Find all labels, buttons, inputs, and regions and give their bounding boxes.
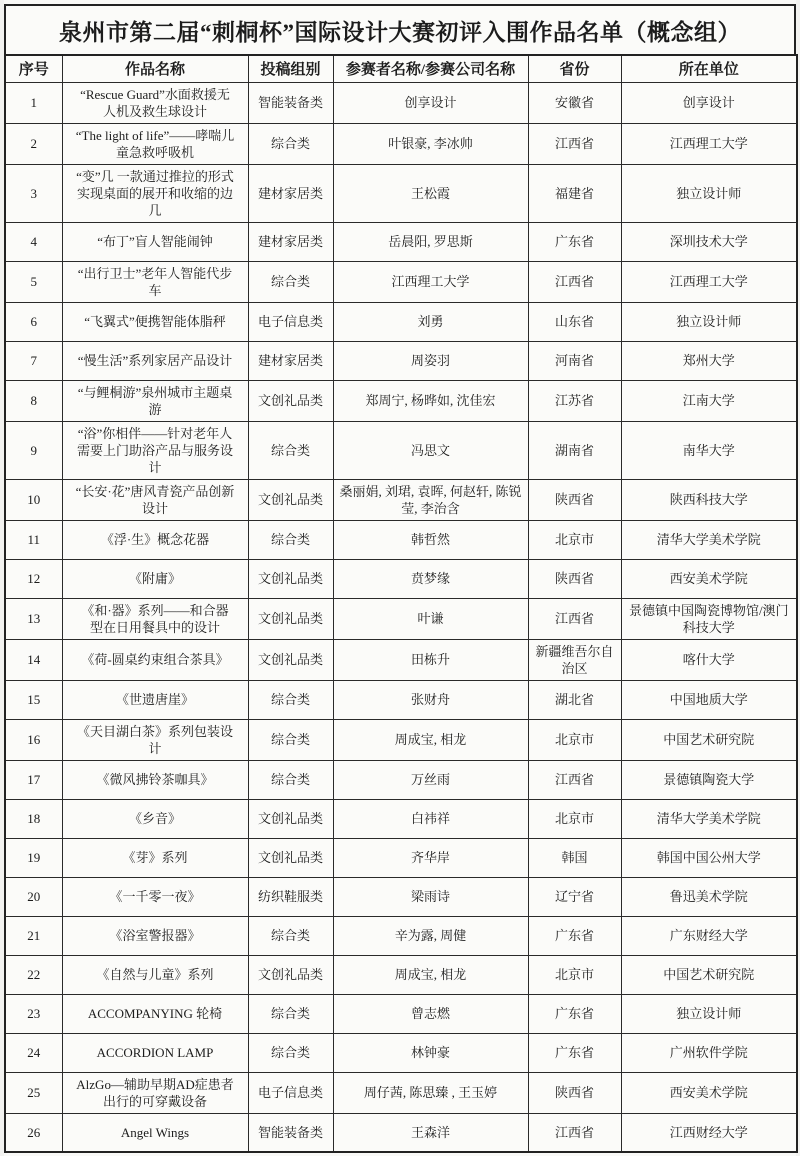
table-row: 14 《荷-圆桌约束组合茶具》 文创礼品类 田栋升 新疆维吾尔自治区 喀什大学 [5, 639, 797, 680]
cell-index: 1 [5, 82, 62, 123]
cell-work-name: 《乡音》 [62, 799, 248, 838]
table-row: 25 AlzGo—辅助早期AD症患者出行的可穿戴设备 电子信息类 周仔茜, 陈思… [5, 1072, 797, 1113]
cell-participants: 周仔茜, 陈思臻 , 王玉婷 [333, 1072, 528, 1113]
cell-category: 建材家居类 [248, 164, 333, 222]
cell-work-name: “出行卫士”老年人智能代步车 [62, 261, 248, 302]
column-header: 参赛者名称/参赛公司名称 [333, 55, 528, 82]
cell-participants: 周姿羽 [333, 341, 528, 380]
cell-index: 17 [5, 760, 62, 799]
cell-index: 12 [5, 559, 62, 598]
table-row: 7 “慢生活”系列家居产品设计 建材家居类 周姿羽 河南省 郑州大学 [5, 341, 797, 380]
cell-index: 15 [5, 680, 62, 719]
cell-participants: 万丝雨 [333, 760, 528, 799]
cell-organization: 韩国中国公州大学 [621, 838, 797, 877]
cell-organization: 广东财经大学 [621, 916, 797, 955]
cell-category: 综合类 [248, 680, 333, 719]
cell-work-name: 《和·器》系列——和合器型在日用餐具中的设计 [62, 598, 248, 639]
cell-work-name: 《微风拂铃茶咖具》 [62, 760, 248, 799]
cell-work-name: 《浴室警报器》 [62, 916, 248, 955]
header-row: 序号作品名称投稿组别参赛者名称/参赛公司名称省份所在单位 [5, 55, 797, 82]
cell-work-name: ACCOMPANYING 轮椅 [62, 994, 248, 1033]
table-row: 6 “飞翼式”便携智能体脂秤 电子信息类 刘勇 山东省 独立设计师 [5, 302, 797, 341]
cell-organization: 喀什大学 [621, 639, 797, 680]
cell-participants: 桑丽娟, 刘珺, 袁晖, 何赵轩, 陈锐莹, 李治含 [333, 479, 528, 520]
cell-work-name: 《附庸》 [62, 559, 248, 598]
cell-index: 7 [5, 341, 62, 380]
cell-participants: 岳晨阳, 罗思斯 [333, 222, 528, 261]
cell-index: 11 [5, 520, 62, 559]
cell-organization: 中国地质大学 [621, 680, 797, 719]
cell-category: 综合类 [248, 421, 333, 479]
cell-organization: 独立设计师 [621, 164, 797, 222]
cell-index: 20 [5, 877, 62, 916]
cell-province: 北京市 [528, 719, 621, 760]
cell-work-name: 《浮·生》概念花器 [62, 520, 248, 559]
cell-index: 18 [5, 799, 62, 838]
cell-work-name: “长安·花”唐风青瓷产品创新设计 [62, 479, 248, 520]
table-row: 19 《芽》系列 文创礼品类 齐华岸 韩国 韩国中国公州大学 [5, 838, 797, 877]
cell-work-name: “The light of life”——哮喘儿童急救呼吸机 [62, 123, 248, 164]
cell-index: 8 [5, 380, 62, 421]
cell-organization: 深圳技术大学 [621, 222, 797, 261]
cell-province: 北京市 [528, 799, 621, 838]
cell-province: 广东省 [528, 994, 621, 1033]
cell-work-name: ACCORDION LAMP [62, 1033, 248, 1072]
cell-category: 电子信息类 [248, 302, 333, 341]
cell-participants: 冯思文 [333, 421, 528, 479]
table-row: 8 “与鲤桐游”泉州城市主题桌游 文创礼品类 郑周宁, 杨晔如, 沈佳宏 江苏省… [5, 380, 797, 421]
cell-organization: 江西财经大学 [621, 1113, 797, 1152]
cell-category: 建材家居类 [248, 222, 333, 261]
table-row: 1 “Rescue Guard”水面救援无人机及救生球设计 智能装备类 创享设计… [5, 82, 797, 123]
cell-index: 19 [5, 838, 62, 877]
cell-participants: 郑周宁, 杨晔如, 沈佳宏 [333, 380, 528, 421]
cell-work-name: “Rescue Guard”水面救援无人机及救生球设计 [62, 82, 248, 123]
cell-work-name: “慢生活”系列家居产品设计 [62, 341, 248, 380]
table-row: 20 《一千零一夜》 纺织鞋服类 梁雨诗 辽宁省 鲁迅美术学院 [5, 877, 797, 916]
cell-category: 综合类 [248, 760, 333, 799]
cell-organization: 中国艺术研究院 [621, 719, 797, 760]
table-row: 16 《天目湖白茶》系列包装设计 综合类 周成宝, 相龙 北京市 中国艺术研究院 [5, 719, 797, 760]
cell-participants: 曾志燃 [333, 994, 528, 1033]
cell-work-name: “飞翼式”便携智能体脂秤 [62, 302, 248, 341]
cell-province: 江西省 [528, 1113, 621, 1152]
cell-province: 安徽省 [528, 82, 621, 123]
cell-index: 13 [5, 598, 62, 639]
cell-work-name: AlzGo—辅助早期AD症患者出行的可穿戴设备 [62, 1072, 248, 1113]
cell-participants: 王松霞 [333, 164, 528, 222]
cell-index: 2 [5, 123, 62, 164]
cell-province: 韩国 [528, 838, 621, 877]
cell-organization: 鲁迅美术学院 [621, 877, 797, 916]
cell-category: 综合类 [248, 916, 333, 955]
cell-organization: 景德镇陶瓷大学 [621, 760, 797, 799]
cell-organization: 西安美术学院 [621, 559, 797, 598]
table-row: 10 “长安·花”唐风青瓷产品创新设计 文创礼品类 桑丽娟, 刘珺, 袁晖, 何… [5, 479, 797, 520]
cell-province: 陕西省 [528, 479, 621, 520]
cell-province: 辽宁省 [528, 877, 621, 916]
table-row: 13 《和·器》系列——和合器型在日用餐具中的设计 文创礼品类 叶谦 江西省 景… [5, 598, 797, 639]
cell-participants: 白祎祥 [333, 799, 528, 838]
cell-category: 综合类 [248, 719, 333, 760]
table-row: 3 “变”几 一款通过推拉的形式实现桌面的展开和收缩的边几 建材家居类 王松霞 … [5, 164, 797, 222]
cell-category: 文创礼品类 [248, 955, 333, 994]
cell-participants: 贲梦缘 [333, 559, 528, 598]
cell-participants: 梁雨诗 [333, 877, 528, 916]
cell-work-name: Angel Wings [62, 1113, 248, 1152]
cell-participants: 刘勇 [333, 302, 528, 341]
table-row: 5 “出行卫士”老年人智能代步车 综合类 江西理工大学 江西省 江西理工大学 [5, 261, 797, 302]
document-title-text: 泉州市第二届“刺桐杯”国际设计大赛初评入围作品名单（概念组） [59, 14, 741, 47]
cell-category: 智能装备类 [248, 82, 333, 123]
cell-province: 福建省 [528, 164, 621, 222]
cell-category: 文创礼品类 [248, 639, 333, 680]
cell-organization: 江西理工大学 [621, 123, 797, 164]
table-row: 9 “浴”你相伴——针对老年人需要上门助浴产品与服务设计 综合类 冯思文 湖南省… [5, 421, 797, 479]
cell-province: 山东省 [528, 302, 621, 341]
cell-work-name: 《芽》系列 [62, 838, 248, 877]
cell-index: 3 [5, 164, 62, 222]
cell-participants: 韩哲然 [333, 520, 528, 559]
cell-organization: 广州软件学院 [621, 1033, 797, 1072]
column-header: 投稿组别 [248, 55, 333, 82]
table-row: 4 “布丁”盲人智能闹钟 建材家居类 岳晨阳, 罗思斯 广东省 深圳技术大学 [5, 222, 797, 261]
cell-organization: 清华大学美术学院 [621, 520, 797, 559]
column-header: 序号 [5, 55, 62, 82]
cell-index: 24 [5, 1033, 62, 1072]
cell-category: 文创礼品类 [248, 838, 333, 877]
cell-index: 26 [5, 1113, 62, 1152]
cell-work-name: “浴”你相伴——针对老年人需要上门助浴产品与服务设计 [62, 421, 248, 479]
table-row: 23 ACCOMPANYING 轮椅 综合类 曾志燃 广东省 独立设计师 [5, 994, 797, 1033]
cell-category: 文创礼品类 [248, 479, 333, 520]
entries-table: 序号作品名称投稿组别参赛者名称/参赛公司名称省份所在单位 1 “Rescue G… [4, 54, 798, 1153]
document-sheet: 泉州市第二届“刺桐杯”国际设计大赛初评入围作品名单（概念组） 序号作品名称投稿组… [4, 0, 796, 1156]
column-header: 所在单位 [621, 55, 797, 82]
cell-participants: 田栋升 [333, 639, 528, 680]
cell-index: 5 [5, 261, 62, 302]
cell-province: 江西省 [528, 760, 621, 799]
cell-participants: 张财舟 [333, 680, 528, 719]
cell-index: 25 [5, 1072, 62, 1113]
cell-province: 广东省 [528, 916, 621, 955]
cell-category: 综合类 [248, 1033, 333, 1072]
cell-category: 纺织鞋服类 [248, 877, 333, 916]
cell-index: 4 [5, 222, 62, 261]
cell-province: 江苏省 [528, 380, 621, 421]
cell-participants: 王森洋 [333, 1113, 528, 1152]
table-row: 21 《浴室警报器》 综合类 辛为露, 周健 广东省 广东财经大学 [5, 916, 797, 955]
cell-index: 21 [5, 916, 62, 955]
cell-organization: 陕西科技大学 [621, 479, 797, 520]
table-row: 2 “The light of life”——哮喘儿童急救呼吸机 综合类 叶银豪… [5, 123, 797, 164]
cell-category: 综合类 [248, 520, 333, 559]
cell-work-name: 《自然与儿童》系列 [62, 955, 248, 994]
cell-participants: 齐华岸 [333, 838, 528, 877]
table-row: 18 《乡音》 文创礼品类 白祎祥 北京市 清华大学美术学院 [5, 799, 797, 838]
cell-work-name: “与鲤桐游”泉州城市主题桌游 [62, 380, 248, 421]
cell-index: 23 [5, 994, 62, 1033]
cell-participants: 周成宝, 相龙 [333, 955, 528, 994]
cell-index: 10 [5, 479, 62, 520]
cell-work-name: “布丁”盲人智能闹钟 [62, 222, 248, 261]
cell-province: 陕西省 [528, 559, 621, 598]
cell-index: 14 [5, 639, 62, 680]
cell-province: 湖北省 [528, 680, 621, 719]
cell-index: 22 [5, 955, 62, 994]
cell-province: 陕西省 [528, 1072, 621, 1113]
cell-organization: 江南大学 [621, 380, 797, 421]
cell-index: 16 [5, 719, 62, 760]
cell-organization: 创享设计 [621, 82, 797, 123]
cell-participants: 江西理工大学 [333, 261, 528, 302]
table-row: 11 《浮·生》概念花器 综合类 韩哲然 北京市 清华大学美术学院 [5, 520, 797, 559]
cell-organization: 江西理工大学 [621, 261, 797, 302]
cell-participants: 叶谦 [333, 598, 528, 639]
cell-organization: 景德镇中国陶瓷博物馆/澳门科技大学 [621, 598, 797, 639]
column-header: 作品名称 [62, 55, 248, 82]
table-row: 22 《自然与儿童》系列 文创礼品类 周成宝, 相龙 北京市 中国艺术研究院 [5, 955, 797, 994]
document-title: 泉州市第二届“刺桐杯”国际设计大赛初评入围作品名单（概念组） [4, 4, 796, 56]
table-row: 24 ACCORDION LAMP 综合类 林钟豪 广东省 广州软件学院 [5, 1033, 797, 1072]
cell-category: 文创礼品类 [248, 598, 333, 639]
table-row: 26 Angel Wings 智能装备类 王森洋 江西省 江西财经大学 [5, 1113, 797, 1152]
cell-work-name: “变”几 一款通过推拉的形式实现桌面的展开和收缩的边几 [62, 164, 248, 222]
cell-participants: 林钟豪 [333, 1033, 528, 1072]
table-row: 17 《微风拂铃茶咖具》 综合类 万丝雨 江西省 景德镇陶瓷大学 [5, 760, 797, 799]
cell-province: 江西省 [528, 123, 621, 164]
cell-organization: 清华大学美术学院 [621, 799, 797, 838]
cell-participants: 创享设计 [333, 82, 528, 123]
cell-province: 湖南省 [528, 421, 621, 479]
cell-work-name: 《天目湖白茶》系列包装设计 [62, 719, 248, 760]
cell-organization: 南华大学 [621, 421, 797, 479]
cell-province: 新疆维吾尔自治区 [528, 639, 621, 680]
cell-category: 智能装备类 [248, 1113, 333, 1152]
cell-category: 文创礼品类 [248, 380, 333, 421]
cell-category: 综合类 [248, 261, 333, 302]
cell-index: 9 [5, 421, 62, 479]
cell-participants: 叶银豪, 李冰帅 [333, 123, 528, 164]
cell-category: 综合类 [248, 123, 333, 164]
column-header: 省份 [528, 55, 621, 82]
cell-category: 文创礼品类 [248, 559, 333, 598]
entries-table-body: 1 “Rescue Guard”水面救援无人机及救生球设计 智能装备类 创享设计… [5, 82, 797, 1152]
cell-category: 综合类 [248, 994, 333, 1033]
cell-category: 建材家居类 [248, 341, 333, 380]
table-row: 15 《世遗唐崖》 综合类 张财舟 湖北省 中国地质大学 [5, 680, 797, 719]
cell-organization: 郑州大学 [621, 341, 797, 380]
cell-organization: 独立设计师 [621, 302, 797, 341]
cell-organization: 西安美术学院 [621, 1072, 797, 1113]
cell-province: 北京市 [528, 520, 621, 559]
cell-work-name: 《世遗唐崖》 [62, 680, 248, 719]
cell-province: 江西省 [528, 261, 621, 302]
cell-category: 文创礼品类 [248, 799, 333, 838]
cell-category: 电子信息类 [248, 1072, 333, 1113]
cell-province: 江西省 [528, 598, 621, 639]
cell-province: 北京市 [528, 955, 621, 994]
cell-province: 河南省 [528, 341, 621, 380]
table-row: 12 《附庸》 文创礼品类 贲梦缘 陕西省 西安美术学院 [5, 559, 797, 598]
cell-participants: 辛为露, 周健 [333, 916, 528, 955]
cell-participants: 周成宝, 相龙 [333, 719, 528, 760]
cell-work-name: 《一千零一夜》 [62, 877, 248, 916]
cell-province: 广东省 [528, 1033, 621, 1072]
cell-organization: 独立设计师 [621, 994, 797, 1033]
cell-organization: 中国艺术研究院 [621, 955, 797, 994]
cell-province: 广东省 [528, 222, 621, 261]
cell-work-name: 《荷-圆桌约束组合茶具》 [62, 639, 248, 680]
cell-index: 6 [5, 302, 62, 341]
